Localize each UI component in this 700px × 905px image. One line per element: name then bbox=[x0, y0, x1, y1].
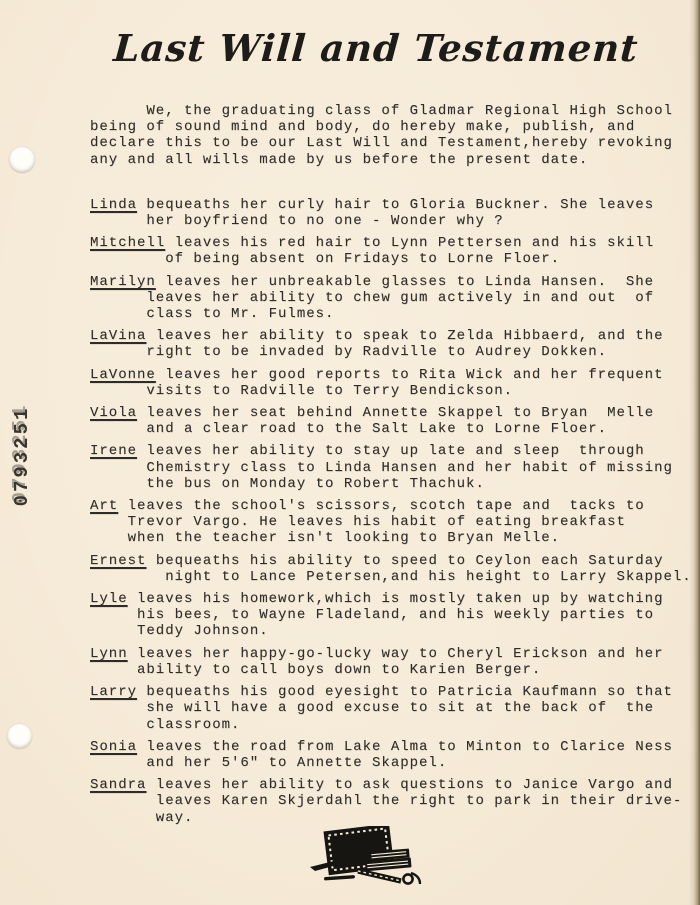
punch-hole-bottom bbox=[7, 724, 32, 749]
entry-line-continuation: ability to call boys down to Karien Berg… bbox=[90, 662, 670, 678]
will-entry: Marilyn leaves her unbreakable glasses t… bbox=[90, 274, 670, 323]
entry-line: Lynn leaves her happy-go-lucky way to Ch… bbox=[90, 646, 670, 662]
entry-text: leaves her seat behind Annette Skappel t… bbox=[137, 405, 654, 421]
will-entry: Sonia leaves the road from Lake Alma to … bbox=[90, 739, 670, 771]
will-entry: Lynn leaves her happy-go-lucky way to Ch… bbox=[90, 646, 670, 678]
school-supplies-icon bbox=[304, 826, 428, 892]
entry-line-continuation: and a clear road to the Salt Lake to Lor… bbox=[90, 421, 670, 437]
intro-line: any and all wills made by us before the … bbox=[90, 152, 670, 168]
entry-text: bequeaths his good eyesight to Patricia … bbox=[137, 684, 673, 700]
entry-name: Viola bbox=[90, 405, 137, 421]
entry-name: Art bbox=[90, 498, 118, 514]
entry-name: Ernest bbox=[90, 553, 146, 569]
entry-text: leaves her ability to speak to Zelda Hib… bbox=[146, 328, 663, 344]
entry-text: leaves the road from Lake Alma to Minton… bbox=[137, 739, 673, 755]
entry-line: Lyle leaves his homework,which is mostly… bbox=[90, 591, 670, 607]
entry-line-continuation: leaves Karen Skjerdahl the right to park… bbox=[90, 793, 670, 809]
entry-name: Larry bbox=[90, 684, 137, 700]
will-entry: LaVina leaves her ability to speak to Ze… bbox=[90, 328, 670, 360]
entry-text: leaves her ability to stay up late and s… bbox=[137, 443, 645, 459]
entry-line: Art leaves the school's scissors, scotch… bbox=[90, 498, 670, 514]
entry-text: bequeaths his ability to speed to Ceylon… bbox=[146, 553, 663, 569]
entry-text: leaves the school's scissors, scotch tap… bbox=[118, 498, 644, 514]
entry-line-continuation: classroom. bbox=[90, 717, 670, 733]
entry-line-continuation: way. bbox=[90, 810, 670, 826]
entry-name: Linda bbox=[90, 197, 137, 213]
entry-line-continuation: Teddy Johnson. bbox=[90, 623, 670, 639]
entry-text: leaves her good reports to Rita Wick and… bbox=[156, 367, 664, 383]
will-entry: Larry bequeaths his good eyesight to Pat… bbox=[90, 684, 670, 733]
will-entry: Ernest bequeaths his ability to speed to… bbox=[90, 553, 670, 585]
entry-line-continuation: the bus on Monday to Robert Thachuk. bbox=[90, 476, 670, 492]
entry-name: LaVonne bbox=[90, 367, 156, 383]
entry-line-continuation: of being absent on Fridays to Lorne Floe… bbox=[90, 251, 670, 267]
page-title: Last Will and Testament bbox=[112, 26, 640, 70]
entry-text: leaves his red hair to Lynn Pettersen an… bbox=[165, 235, 654, 251]
will-entry: Art leaves the school's scissors, scotch… bbox=[90, 498, 670, 547]
entry-text: bequeaths her curly hair to Gloria Buckn… bbox=[137, 197, 654, 213]
entry-line-continuation: when the teacher isn't looking to Bryan … bbox=[90, 530, 670, 546]
entry-name: Irene bbox=[90, 443, 137, 459]
entry-line: Irene leaves her ability to stay up late… bbox=[90, 443, 670, 459]
entry-line: Sonia leaves the road from Lake Alma to … bbox=[90, 739, 670, 755]
entry-line-continuation: Trevor Vargo. He leaves his habit of eat… bbox=[90, 514, 670, 530]
serial-stamp: 0793251 bbox=[11, 403, 33, 509]
will-entry: Lyle leaves his homework,which is mostly… bbox=[90, 591, 670, 640]
entry-text: leaves her unbreakable glasses to Linda … bbox=[156, 274, 654, 290]
entry-line-continuation: right to be invaded by Radville to Audre… bbox=[90, 344, 670, 360]
entry-line-continuation: she will have a good excuse to sit at th… bbox=[90, 700, 670, 716]
entry-text: leaves his homework,which is mostly take… bbox=[128, 591, 664, 607]
will-entries: Linda bequeaths her curly hair to Gloria… bbox=[90, 197, 670, 826]
document-body: We, the graduating class of Gladmar Regi… bbox=[90, 103, 670, 832]
entry-line-continuation: his bees, to Wayne Fladeland, and his we… bbox=[90, 607, 670, 623]
entry-text: leaves her ability to ask questions to J… bbox=[146, 777, 672, 793]
intro-paragraph: We, the graduating class of Gladmar Regi… bbox=[90, 103, 670, 168]
entry-line: Ernest bequeaths his ability to speed to… bbox=[90, 553, 670, 569]
entry-name: Lynn bbox=[90, 646, 128, 662]
scanned-page: 0793251 Last Will and Testament We, the … bbox=[0, 0, 700, 905]
entry-line: Sandra leaves her ability to ask questio… bbox=[90, 777, 670, 793]
entry-line: Mitchell leaves his red hair to Lynn Pet… bbox=[90, 235, 670, 251]
entry-line: Larry bequeaths his good eyesight to Pat… bbox=[90, 684, 670, 700]
will-entry: Linda bequeaths her curly hair to Gloria… bbox=[90, 197, 670, 229]
entry-name: Sonia bbox=[90, 739, 137, 755]
entry-text: leaves her happy-go-lucky way to Cheryl … bbox=[128, 646, 664, 662]
will-entry: Viola leaves her seat behind Annette Ska… bbox=[90, 405, 670, 437]
will-entry: LaVonne leaves her good reports to Rita … bbox=[90, 367, 670, 399]
page-edge-shadow bbox=[689, 0, 700, 905]
entry-line-continuation: class to Mr. Fulmes. bbox=[90, 306, 670, 322]
entry-line: LaVonne leaves her good reports to Rita … bbox=[90, 367, 670, 383]
entry-line: Viola leaves her seat behind Annette Ska… bbox=[90, 405, 670, 421]
entry-name: Lyle bbox=[90, 591, 128, 607]
intro-line: declare this to be our Last Will and Tes… bbox=[90, 135, 670, 151]
will-entry: Mitchell leaves his red hair to Lynn Pet… bbox=[90, 235, 670, 267]
will-entry: Sandra leaves her ability to ask questio… bbox=[90, 777, 670, 826]
entry-line: Linda bequeaths her curly hair to Gloria… bbox=[90, 197, 670, 213]
entry-line-continuation: Chemistry class to Linda Hansen and her … bbox=[90, 460, 670, 476]
entry-name: Mitchell bbox=[90, 235, 165, 251]
entry-name: Sandra bbox=[90, 777, 146, 793]
entry-line-continuation: visits to Radville to Terry Bendickson. bbox=[90, 383, 670, 399]
entry-line-continuation: her boyfriend to no one - Wonder why ? bbox=[90, 213, 670, 229]
punch-hole-top bbox=[9, 147, 35, 173]
will-entry: Irene leaves her ability to stay up late… bbox=[90, 443, 670, 492]
entry-name: Marilyn bbox=[90, 274, 156, 290]
entry-line-continuation: night to Lance Petersen,and his height t… bbox=[90, 569, 670, 585]
entry-line: LaVina leaves her ability to speak to Ze… bbox=[90, 328, 670, 344]
entry-name: LaVina bbox=[90, 328, 146, 344]
entry-line-continuation: and her 5'6" to Annette Skappel. bbox=[90, 755, 670, 771]
entry-line: Marilyn leaves her unbreakable glasses t… bbox=[90, 274, 670, 290]
intro-line: We, the graduating class of Gladmar Regi… bbox=[90, 103, 670, 119]
intro-line: being of sound mind and body, do hereby … bbox=[90, 119, 670, 135]
entry-line-continuation: leaves her ability to chew gum actively … bbox=[90, 290, 670, 306]
